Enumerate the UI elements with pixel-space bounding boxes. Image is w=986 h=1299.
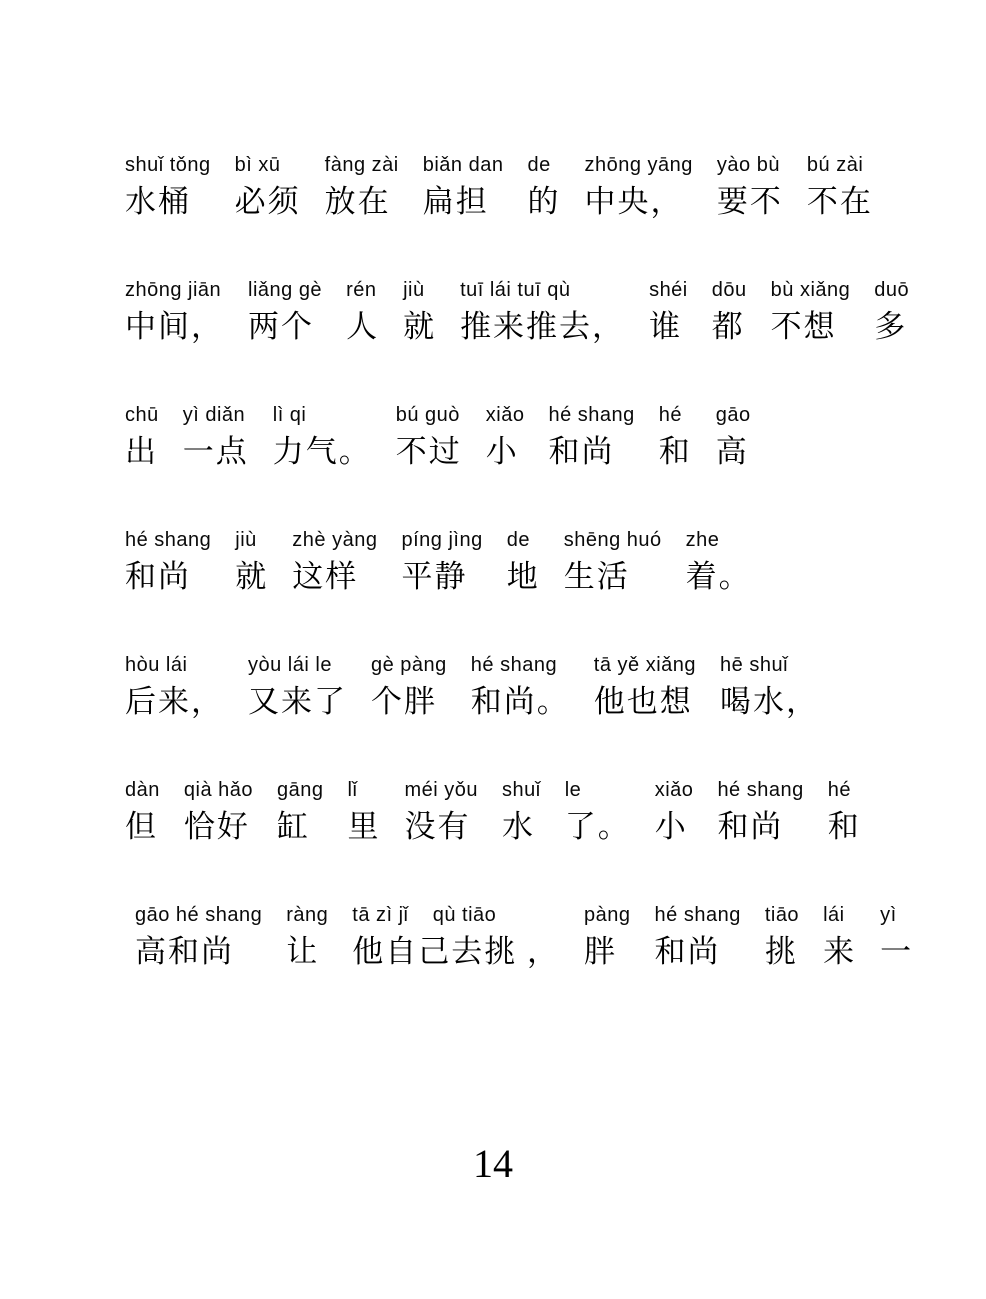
page-number: 14 xyxy=(0,1142,986,1186)
text-line: shuǐ tǒng水桶bì xū必须fàng zài放在biǎn dan扁担de… xyxy=(125,153,913,220)
pinyin-text: xiǎo xyxy=(655,778,694,802)
word-segment: hé和 xyxy=(828,778,861,845)
hanzi-text: 放在 xyxy=(325,184,391,220)
pinyin-text: tā zì jǐ qù tiāo xyxy=(352,903,496,927)
hanzi-text: 水桶 xyxy=(125,184,191,220)
pinyin-text: zhè yàng xyxy=(292,528,377,552)
hanzi-text: 和尚 xyxy=(548,434,614,470)
word-segment: qià hǎo恰好 xyxy=(184,778,253,845)
pinyin-text: hé xyxy=(659,403,682,427)
word-segment: tuī lái tuī qù推来推去， xyxy=(460,278,625,345)
hanzi-text: 没有 xyxy=(405,809,471,845)
text-line: hòu lái后来，yòu lái le又来了gè pàng个胖hé shang… xyxy=(125,653,913,720)
text-line: zhōng jiān中间，liǎng gè两个rén人jiù就tuī lái t… xyxy=(125,278,913,345)
word-segment: hé shang和尚 xyxy=(548,403,634,470)
hanzi-text: 的 xyxy=(527,184,560,220)
hanzi-text: 推来推去， xyxy=(460,309,625,345)
pinyin-text: xiǎo xyxy=(486,403,525,427)
pinyin-text: de xyxy=(507,528,530,552)
pinyin-text: le xyxy=(565,778,582,802)
hanzi-text: 高和尚 xyxy=(135,934,234,970)
word-segment: de地 xyxy=(507,528,540,595)
pinyin-text: de xyxy=(527,153,550,177)
hanzi-text: 生活 xyxy=(564,559,630,595)
word-segment: shéi谁 xyxy=(649,278,688,345)
text-line: hé shang和尚jiù就zhè yàng这样píng jìng平静de地sh… xyxy=(125,528,913,595)
pinyin-text: yào bù xyxy=(717,153,780,177)
hanzi-text: 恰好 xyxy=(184,809,250,845)
hanzi-text: 和 xyxy=(659,434,692,470)
pinyin-text: dōu xyxy=(712,278,747,302)
word-segment: gāo hé shang高和尚 xyxy=(135,903,262,970)
word-segment: biǎn dan扁担 xyxy=(423,153,504,220)
pinyin-text: hé shang xyxy=(471,653,557,677)
pinyin-text: shēng huó xyxy=(564,528,662,552)
pinyin-text: lì qi xyxy=(273,403,307,427)
word-segment: bù xiǎng不想 xyxy=(771,278,851,345)
pinyin-text: tiāo xyxy=(765,903,799,927)
hanzi-text: 小 xyxy=(655,809,688,845)
word-segment: lái来 xyxy=(823,903,856,970)
pinyin-text: biǎn dan xyxy=(423,153,504,177)
pinyin-text: duō xyxy=(874,278,909,302)
word-segment: bú guò不过 xyxy=(396,403,462,470)
pinyin-text: bù xiǎng xyxy=(771,278,851,302)
hanzi-text: 后来， xyxy=(125,684,224,720)
hanzi-text: 又来了 xyxy=(248,684,347,720)
pinyin-text: qià hǎo xyxy=(184,778,253,802)
word-segment: méi yǒu没有 xyxy=(405,778,479,845)
hanzi-text: 多 xyxy=(874,309,907,345)
word-segment: píng jìng平静 xyxy=(401,528,482,595)
word-segment: hē shuǐ喝水， xyxy=(720,653,819,720)
hanzi-text: 一 xyxy=(880,934,913,970)
hanzi-text: 他也想 xyxy=(594,684,693,720)
pinyin-text: lái xyxy=(823,903,845,927)
word-segment: hé和 xyxy=(659,403,692,470)
hanzi-text: 要不 xyxy=(717,184,783,220)
hanzi-text: 水 xyxy=(502,809,535,845)
pinyin-text: chū xyxy=(125,403,159,427)
pinyin-text: hē shuǐ xyxy=(720,653,788,677)
word-segment: zhe着。 xyxy=(686,528,752,595)
pinyin-text: hé shang xyxy=(125,528,211,552)
pinyin-text: ràng xyxy=(286,903,328,927)
hanzi-text: 都 xyxy=(712,309,745,345)
pinyin-text: gè pàng xyxy=(371,653,447,677)
pinyin-text: hé shang xyxy=(655,903,741,927)
word-segment: lǐ里 xyxy=(348,778,381,845)
word-segment: yào bù要不 xyxy=(717,153,783,220)
pinyin-text: liǎng gè xyxy=(248,278,322,302)
hanzi-text: 和尚。 xyxy=(471,684,570,720)
hanzi-text: 就 xyxy=(235,559,268,595)
pinyin-text: hé shang xyxy=(548,403,634,427)
word-segment: gāng缸 xyxy=(277,778,324,845)
hanzi-text: 来 xyxy=(823,934,856,970)
hanzi-text: 挑 xyxy=(765,934,798,970)
pinyin-text: tā yě xiǎng xyxy=(594,653,696,677)
hanzi-text: 出 xyxy=(125,434,158,470)
word-segment: shuǐ tǒng水桶 xyxy=(125,153,211,220)
pinyin-text: dàn xyxy=(125,778,160,802)
pinyin-text: hé xyxy=(828,778,851,802)
hanzi-text: 平静 xyxy=(401,559,467,595)
hanzi-text: 地 xyxy=(507,559,540,595)
word-segment: tā zì jǐ qù tiāo他自己去挑 ， xyxy=(352,903,560,970)
word-segment: rén人 xyxy=(346,278,379,345)
word-segment: yì diǎn一点 xyxy=(183,403,249,470)
word-segment: ràng让 xyxy=(286,903,328,970)
word-segment: bì xū必须 xyxy=(235,153,301,220)
word-segment: hé shang和尚 xyxy=(655,903,741,970)
pinyin-text: bú guò xyxy=(396,403,460,427)
word-segment: xiǎo小 xyxy=(486,403,525,470)
word-segment: tiāo挑 xyxy=(765,903,799,970)
hanzi-text: 这样 xyxy=(292,559,358,595)
pinyin-text: gāng xyxy=(277,778,324,802)
pinyin-text: hòu lái xyxy=(125,653,187,677)
document-page: shuǐ tǒng水桶bì xū必须fàng zài放在biǎn dan扁担de… xyxy=(0,0,986,1299)
word-segment: gè pàng个胖 xyxy=(371,653,447,720)
hanzi-text: 喝水， xyxy=(720,684,819,720)
word-segment: tā yě xiǎng他也想 xyxy=(594,653,696,720)
word-segment: de的 xyxy=(527,153,560,220)
pinyin-text: bú zài xyxy=(807,153,863,177)
hanzi-text: 一点 xyxy=(183,434,249,470)
pinyin-text: shuǐ xyxy=(502,778,541,802)
hanzi-text: 力气。 xyxy=(273,434,372,470)
pinyin-text: bì xū xyxy=(235,153,281,177)
pinyin-text: zhōng yāng xyxy=(584,153,692,177)
word-segment: shēng huó生活 xyxy=(564,528,662,595)
hanzi-text: 两个 xyxy=(248,309,314,345)
word-segment: yòu lái le又来了 xyxy=(248,653,347,720)
hanzi-text: 着。 xyxy=(686,559,752,595)
hanzi-text: 扁担 xyxy=(423,184,489,220)
pinyin-text: méi yǒu xyxy=(405,778,479,802)
word-segment: pàng胖 xyxy=(584,903,631,970)
word-segment: duō多 xyxy=(874,278,909,345)
pinyin-text: yòu lái le xyxy=(248,653,332,677)
hanzi-text: 胖 xyxy=(584,934,617,970)
word-segment: hé shang和尚 xyxy=(125,528,211,595)
pinyin-text: gāo xyxy=(716,403,751,427)
word-segment: fàng zài放在 xyxy=(325,153,399,220)
pinyin-text: fàng zài xyxy=(325,153,399,177)
hanzi-text: 缸 xyxy=(277,809,310,845)
text-block: shuǐ tǒng水桶bì xū必须fàng zài放在biǎn dan扁担de… xyxy=(125,153,913,1028)
hanzi-text: 了。 xyxy=(565,809,631,845)
pinyin-text: yì diǎn xyxy=(183,403,245,427)
pinyin-text: píng jìng xyxy=(401,528,482,552)
word-segment: jiù就 xyxy=(235,528,268,595)
pinyin-text: tuī lái tuī qù xyxy=(460,278,570,302)
pinyin-text: jiù xyxy=(235,528,257,552)
hanzi-text: 让 xyxy=(286,934,319,970)
word-segment: xiǎo小 xyxy=(655,778,694,845)
hanzi-text: 人 xyxy=(346,309,379,345)
hanzi-text: 但 xyxy=(125,809,158,845)
pinyin-text: gāo hé shang xyxy=(135,903,262,927)
text-line: gāo hé shang高和尚ràng让tā zì jǐ qù tiāo他自己去… xyxy=(135,903,913,970)
word-segment: yì一 xyxy=(880,903,913,970)
hanzi-text: 他自己去挑 ， xyxy=(352,934,560,970)
hanzi-text: 和尚 xyxy=(717,809,783,845)
pinyin-text: shéi xyxy=(649,278,688,302)
word-segment: lì qi力气。 xyxy=(273,403,372,470)
word-segment: hé shang和尚。 xyxy=(471,653,570,720)
pinyin-text: zhe xyxy=(686,528,720,552)
hanzi-text: 中央， xyxy=(584,184,683,220)
hanzi-text: 不在 xyxy=(807,184,873,220)
pinyin-text: pàng xyxy=(584,903,631,927)
hanzi-text: 小 xyxy=(486,434,519,470)
word-segment: zhè yàng这样 xyxy=(292,528,377,595)
word-segment: liǎng gè两个 xyxy=(248,278,322,345)
word-segment: zhōng jiān中间， xyxy=(125,278,224,345)
hanzi-text: 和尚 xyxy=(655,934,721,970)
word-segment: zhōng yāng中央， xyxy=(584,153,692,220)
hanzi-text: 谁 xyxy=(649,309,682,345)
pinyin-text: rén xyxy=(346,278,376,302)
pinyin-text: zhōng jiān xyxy=(125,278,221,302)
word-segment: dōu都 xyxy=(712,278,747,345)
hanzi-text: 里 xyxy=(348,809,381,845)
word-segment: le了。 xyxy=(565,778,631,845)
word-segment: bú zài不在 xyxy=(807,153,873,220)
pinyin-text: jiù xyxy=(403,278,425,302)
word-segment: dàn但 xyxy=(125,778,160,845)
hanzi-text: 不过 xyxy=(396,434,462,470)
word-segment: gāo高 xyxy=(716,403,751,470)
hanzi-text: 就 xyxy=(403,309,436,345)
hanzi-text: 和 xyxy=(828,809,861,845)
pinyin-text: lǐ xyxy=(348,778,358,802)
hanzi-text: 中间， xyxy=(125,309,224,345)
pinyin-text: yì xyxy=(880,903,897,927)
hanzi-text: 不想 xyxy=(771,309,837,345)
hanzi-text: 必须 xyxy=(235,184,301,220)
word-segment: hòu lái后来， xyxy=(125,653,224,720)
hanzi-text: 高 xyxy=(716,434,749,470)
word-segment: hé shang和尚 xyxy=(717,778,803,845)
text-line: chū出yì diǎn一点lì qi力气。bú guò不过xiǎo小hé sha… xyxy=(125,403,913,470)
word-segment: shuǐ水 xyxy=(502,778,541,845)
hanzi-text: 和尚 xyxy=(125,559,191,595)
text-line: dàn但qià hǎo恰好gāng缸lǐ里méi yǒu没有shuǐ水le了。x… xyxy=(125,778,913,845)
word-segment: jiù就 xyxy=(403,278,436,345)
pinyin-text: hé shang xyxy=(717,778,803,802)
word-segment: chū出 xyxy=(125,403,159,470)
hanzi-text: 个胖 xyxy=(371,684,437,720)
pinyin-text: shuǐ tǒng xyxy=(125,153,211,177)
